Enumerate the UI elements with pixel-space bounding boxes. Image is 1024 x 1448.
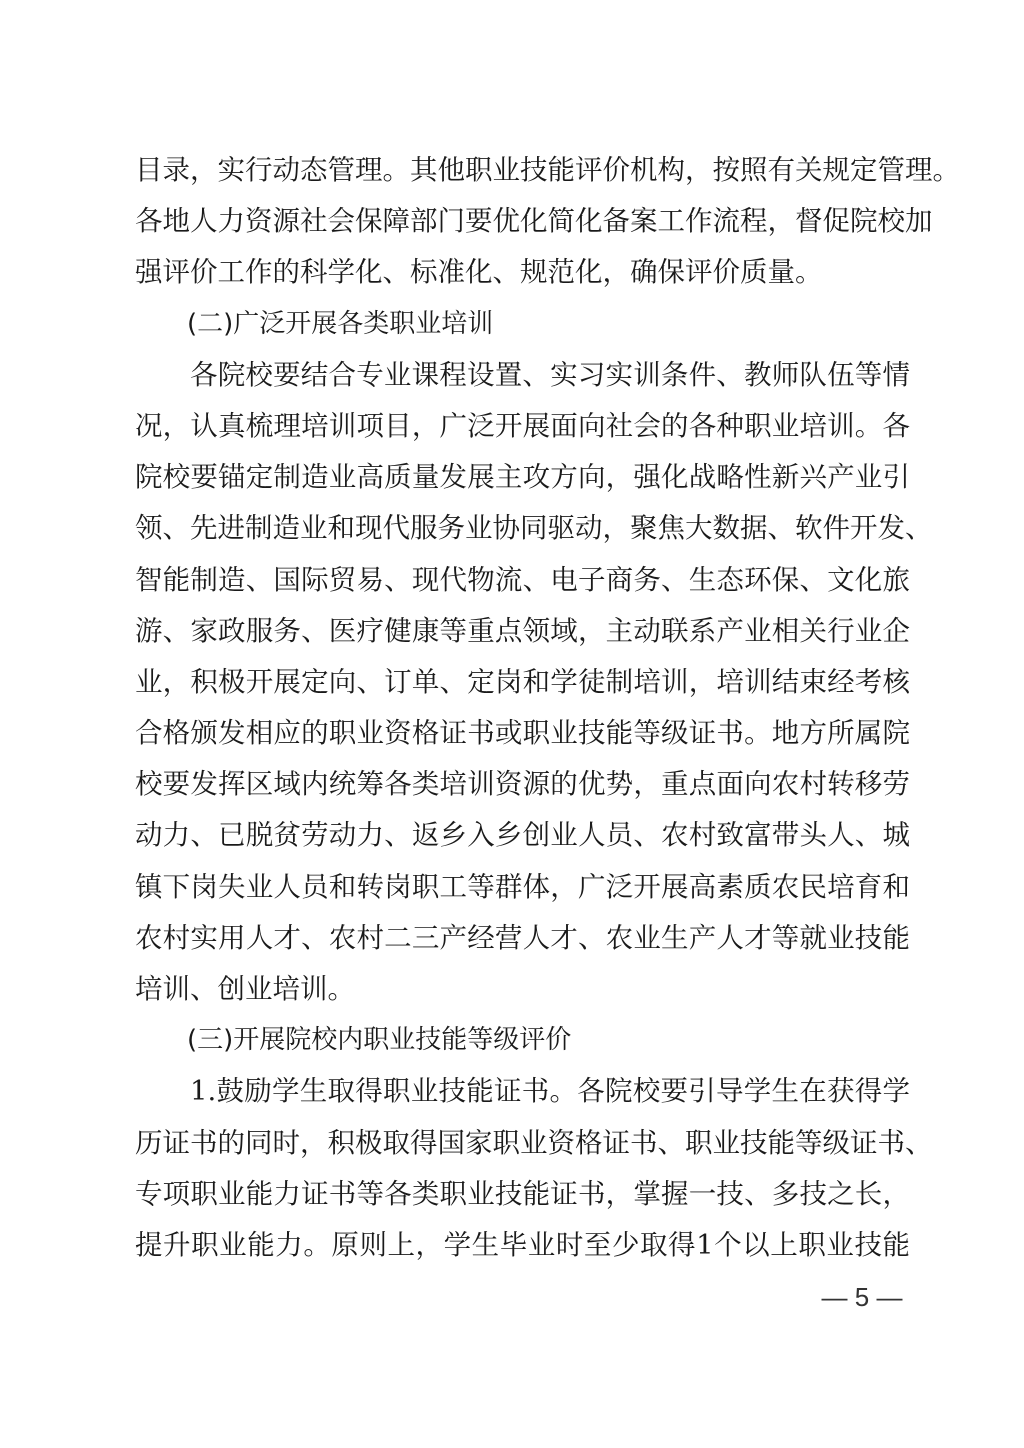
- paragraph-line: 游、家政服务、医疗健康等重点领域，主动联系产业相关行业企: [135, 606, 910, 657]
- document-body: 目录，实行动态管理。其他职业技能评价机构，按照有关规定管理。 各地人力资源社会保…: [135, 145, 910, 1271]
- paragraph-line: 农村实用人才、农村二三产经营人才、农业生产人才等就业技能: [135, 913, 910, 964]
- document-page: 目录，实行动态管理。其他职业技能评价机构，按照有关规定管理。 各地人力资源社会保…: [0, 0, 1024, 1448]
- paragraph-line: 校要发挥区域内统筹各类培训资源的优势，重点面向农村转移劳: [135, 759, 910, 810]
- paragraph-line: 合格颁发相应的职业资格证书或职业技能等级证书。地方所属院: [135, 708, 910, 759]
- paragraph-line: 提升职业能力。原则上，学生毕业时至少取得1个以上职业技能: [135, 1220, 910, 1271]
- paragraph-line: 强评价工作的科学化、标准化、规范化，确保评价质量。: [135, 247, 910, 298]
- paragraph-line: 培训、创业培训。: [135, 964, 910, 1015]
- section-heading-2: (二)广泛开展各类职业培训: [135, 299, 910, 350]
- paragraph-line: 动力、已脱贫劳动力、返乡入乡创业人员、农村致富带头人、城: [135, 810, 910, 861]
- paragraph-line: 各地人力资源社会保障部门要优化简化备案工作流程，督促院校加: [135, 196, 910, 247]
- paragraph-line: 业，积极开展定向、订单、定岗和学徒制培训，培训结束经考核: [135, 657, 910, 708]
- paragraph-line: 镇下岗失业人员和转岗职工等群体，广泛开展高素质农民培育和: [135, 862, 910, 913]
- paragraph-line: 各院校要结合专业课程设置、实习实训条件、教师队伍等情: [135, 350, 910, 401]
- paragraph-line: 况，认真梳理培训项目，广泛开展面向社会的各种职业培训。各: [135, 401, 910, 452]
- section-heading-3: (三)开展院校内职业技能等级评价: [135, 1015, 910, 1066]
- paragraph-line: 院校要锚定制造业高质量发展主攻方向，强化战略性新兴产业引: [135, 452, 910, 503]
- paragraph-line: 专项职业能力证书等各类职业技能证书，掌握一技、多技之长，: [135, 1169, 910, 1220]
- paragraph-line: 历证书的同时，积极取得国家职业资格证书、职业技能等级证书、: [135, 1118, 910, 1169]
- paragraph-line: 智能制造、国际贸易、现代物流、电子商务、生态环保、文化旅: [135, 555, 910, 606]
- paragraph-line: 领、先进制造业和现代服务业协同驱动，聚焦大数据、软件开发、: [135, 503, 910, 554]
- page-number: — 5 —: [812, 1279, 912, 1315]
- paragraph-line: 1.鼓励学生取得职业技能证书。各院校要引导学生在获得学: [135, 1066, 910, 1117]
- paragraph-line: 目录，实行动态管理。其他职业技能评价机构，按照有关规定管理。: [135, 145, 910, 196]
